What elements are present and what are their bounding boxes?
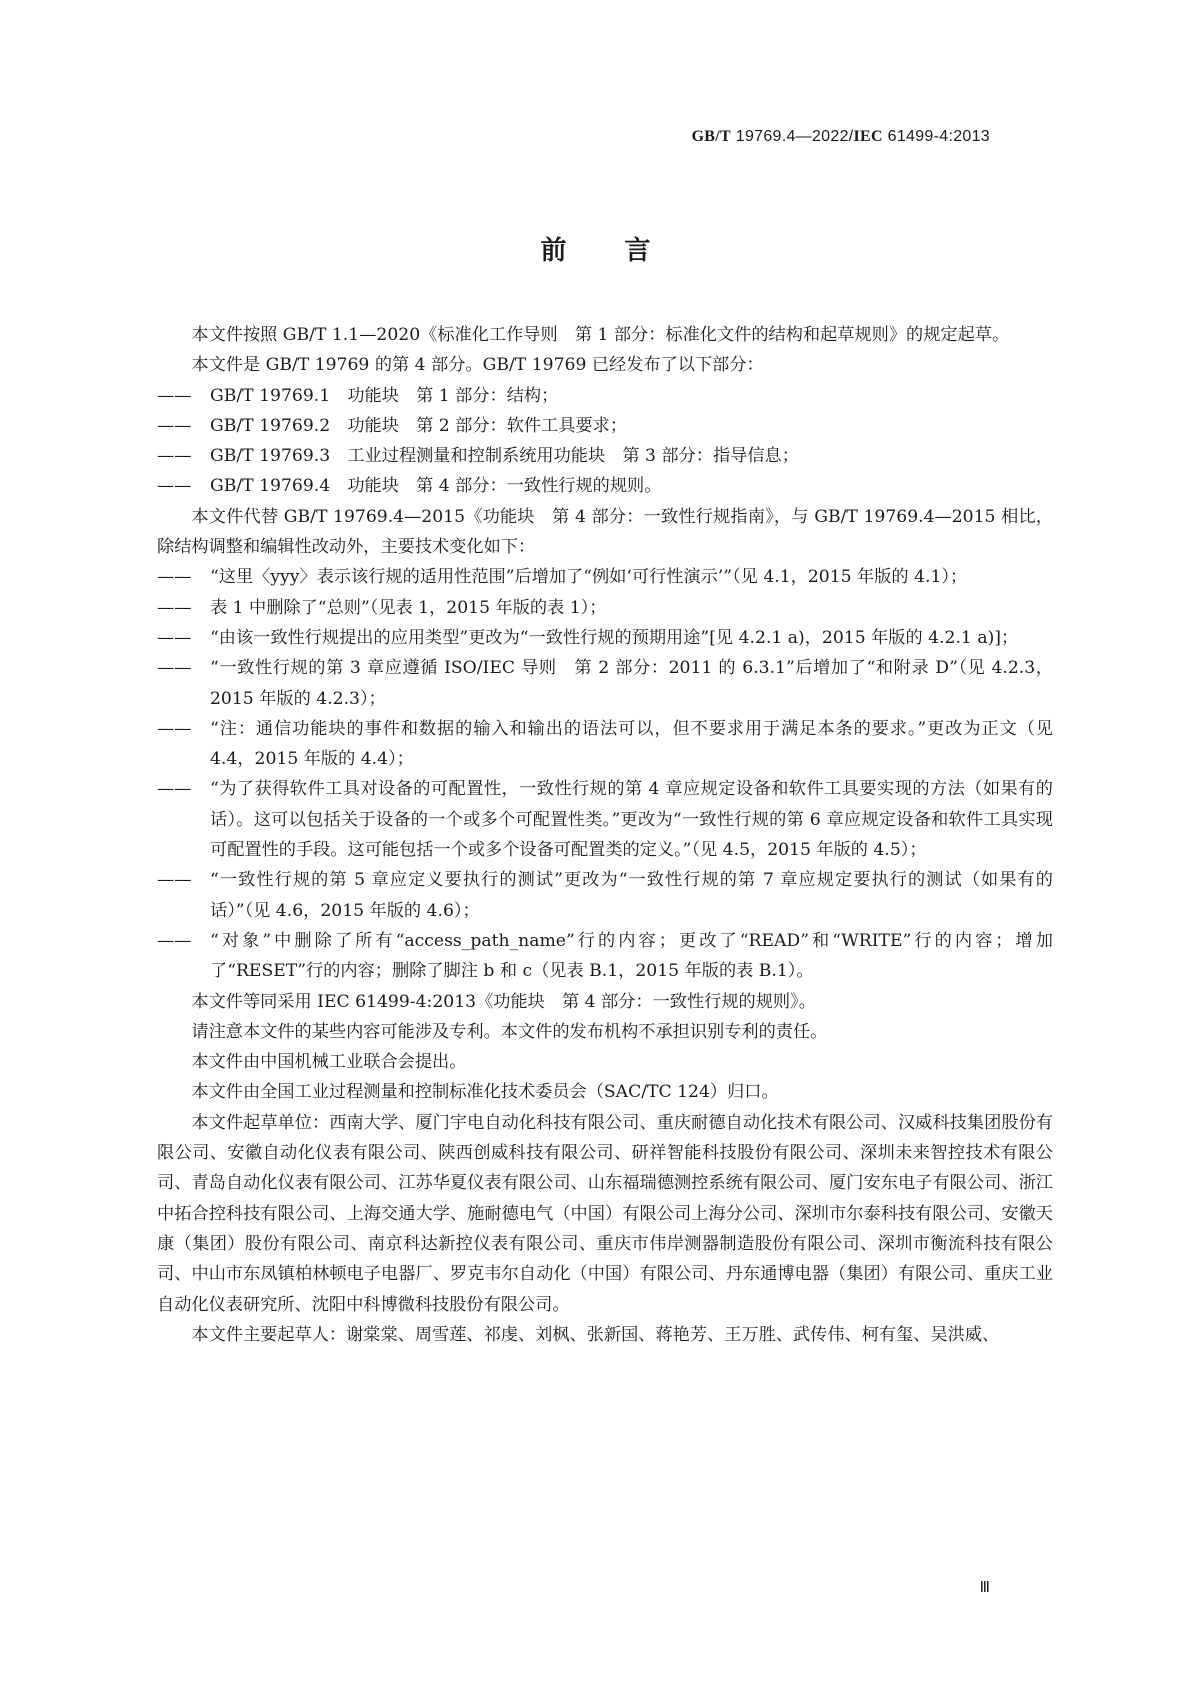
page-number: Ⅲ — [980, 1578, 990, 1597]
list-dash: —— — [157, 593, 210, 623]
list-dash: —— — [157, 471, 210, 501]
paragraph-text: “注：通信功能块的事件和数据的输入和输出的语法可以，但不要求用于满足本条的要求。… — [210, 719, 1053, 769]
paragraph-text: “一致性行规的第 5 章应定义要执行的测试”更改为“一致性行规的第 7 章应规定… — [210, 870, 1053, 920]
list-item: ——“由该一致性行规提出的应用类型”更改为“一致性行规的预期用途”[见 4.2.… — [157, 623, 1053, 653]
list-item: ——GB/T 19769.4 功能块 第 4 部分：一致性行规的规则。 — [157, 471, 1053, 501]
std-code-number: 19769.4—2022/ — [731, 128, 854, 145]
paragraph-text: “对象”中删除了所有“access_path_name”行的内容；更改了“REA… — [210, 931, 1053, 981]
list-dash: —— — [157, 381, 210, 411]
list-dash: —— — [157, 714, 210, 744]
list-item: ——GB/T 19769.1 功能块 第 1 部分：结构； — [157, 381, 1053, 411]
list-dash: —— — [157, 411, 210, 441]
iec-number: 61499-4:2013 — [883, 128, 990, 145]
paragraph-text: 本文件起草单位：西南大学、厦门宇电自动化科技有限公司、重庆耐德自动化技术有限公司… — [157, 1113, 1053, 1315]
paragraph-text: GB/T 19769.3 工业过程测量和控制系统用功能块 第 3 部分：指导信息… — [210, 446, 799, 466]
paragraph-text: 本文件等同采用 IEC 61499-4:2013《功能块 第 4 部分：一致性行… — [191, 992, 816, 1012]
paragraph-text: “一致性行规的第 3 章应遵循 ISO/IEC 导则 第 2 部分：2011 的… — [210, 658, 1053, 708]
paragraph-text: “由该一致性行规提出的应用类型”更改为“一致性行规的预期用途”[见 4.2.1 … — [210, 628, 1018, 648]
list-dash: —— — [157, 623, 210, 653]
list-dash: —— — [157, 926, 210, 956]
paragraph: 本文件由中国机械工业联合会提出。 — [157, 1047, 1053, 1077]
iec-prefix: IEC — [854, 128, 883, 145]
foreword-body: 本文件按照 GB/T 1.1—2020《标准化工作导则 第 1 部分：标准化文件… — [157, 320, 1053, 1350]
list-item: ——GB/T 19769.3 工业过程测量和控制系统用功能块 第 3 部分：指导… — [157, 441, 1053, 471]
list-dash: —— — [157, 865, 210, 895]
std-code-prefix: GB/T — [692, 128, 731, 145]
paragraph-text: 请注意本文件的某些内容可能涉及专利。本文件的发布机构不承担识别专利的责任。 — [191, 1022, 827, 1042]
paragraph: 本文件代替 GB/T 19769.4—2015《功能块 第 4 部分：一致性行规… — [157, 502, 1053, 563]
paragraph: 本文件等同采用 IEC 61499-4:2013《功能块 第 4 部分：一致性行… — [157, 987, 1053, 1017]
paragraph-text: 本文件是 GB/T 19769 的第 4 部分。GB/T 19769 已经发布了… — [191, 355, 763, 375]
paragraph-text: 本文件代替 GB/T 19769.4—2015《功能块 第 4 部分：一致性行规… — [157, 507, 1053, 557]
paragraph: 本文件按照 GB/T 1.1—2020《标准化工作导则 第 1 部分：标准化文件… — [157, 320, 1053, 350]
paragraph-text: GB/T 19769.2 功能块 第 2 部分：软件工具要求； — [210, 416, 627, 436]
paragraph: 本文件起草单位：西南大学、厦门宇电自动化科技有限公司、重庆耐德自动化技术有限公司… — [157, 1108, 1053, 1320]
list-item: ——GB/T 19769.2 功能块 第 2 部分：软件工具要求； — [157, 411, 1053, 441]
standard-number-header: GB/T 19769.4—2022/IEC 61499-4:2013 — [692, 128, 990, 146]
list-item: ——表 1 中删除了“总则”（见表 1，2015 年版的表 1）； — [157, 593, 1053, 623]
paragraph-text: 本文件由中国机械工业联合会提出。 — [191, 1052, 466, 1072]
paragraph-text: “为了获得软件工具对设备的可配置性，一致性行规的第 4 章应规定设备和软件工具要… — [210, 779, 1053, 860]
list-item: ——“为了获得软件工具对设备的可配置性，一致性行规的第 4 章应规定设备和软件工… — [157, 774, 1053, 865]
list-dash: —— — [157, 441, 210, 471]
list-dash: —— — [157, 562, 210, 592]
paragraph: 本文件主要起草人：谢棠棠、周雪莲、祁虔、刘枫、张新国、蒋艳芳、王万胜、武传伟、柯… — [157, 1320, 1053, 1350]
list-item: ——“一致性行规的第 3 章应遵循 ISO/IEC 导则 第 2 部分：2011… — [157, 653, 1053, 714]
paragraph: 本文件由全国工业过程测量和控制标准化技术委员会（SAC/TC 124）归口。 — [157, 1077, 1053, 1107]
list-item: ——“注：通信功能块的事件和数据的输入和输出的语法可以，但不要求用于满足本条的要… — [157, 714, 1053, 775]
list-item: ——“这里〈yyy〉表示该行规的适用性范围”后增加了“例如‘可行性演示’”（见 … — [157, 562, 1053, 592]
list-dash: —— — [157, 653, 210, 683]
paragraph-text: GB/T 19769.1 功能块 第 1 部分：结构； — [210, 386, 558, 406]
page-title: 前言 — [0, 230, 1191, 267]
paragraph: 请注意本文件的某些内容可能涉及专利。本文件的发布机构不承担识别专利的责任。 — [157, 1017, 1053, 1047]
paragraph-text: 表 1 中删除了“总则”（见表 1，2015 年版的表 1）； — [210, 598, 606, 618]
paragraph: 本文件是 GB/T 19769 的第 4 部分。GB/T 19769 已经发布了… — [157, 350, 1053, 380]
paragraph-text: “这里〈yyy〉表示该行规的适用性范围”后增加了“例如‘可行性演示’”（见 4.… — [210, 567, 967, 587]
list-item: ——“对象”中删除了所有“access_path_name”行的内容；更改了“R… — [157, 926, 1053, 987]
paragraph-text: 本文件按照 GB/T 1.1—2020《标准化工作导则 第 1 部分：标准化文件… — [191, 325, 1009, 345]
list-dash: —— — [157, 774, 210, 804]
paragraph-text: GB/T 19769.4 功能块 第 4 部分：一致性行规的规则。 — [210, 476, 661, 496]
paragraph-text: 本文件主要起草人：谢棠棠、周雪莲、祁虔、刘枫、张新国、蒋艳芳、王万胜、武传伟、柯… — [191, 1325, 999, 1345]
list-item: ——“一致性行规的第 5 章应定义要执行的测试”更改为“一致性行规的第 7 章应… — [157, 865, 1053, 926]
paragraph-text: 本文件由全国工业过程测量和控制标准化技术委员会（SAC/TC 124）归口。 — [191, 1082, 778, 1102]
